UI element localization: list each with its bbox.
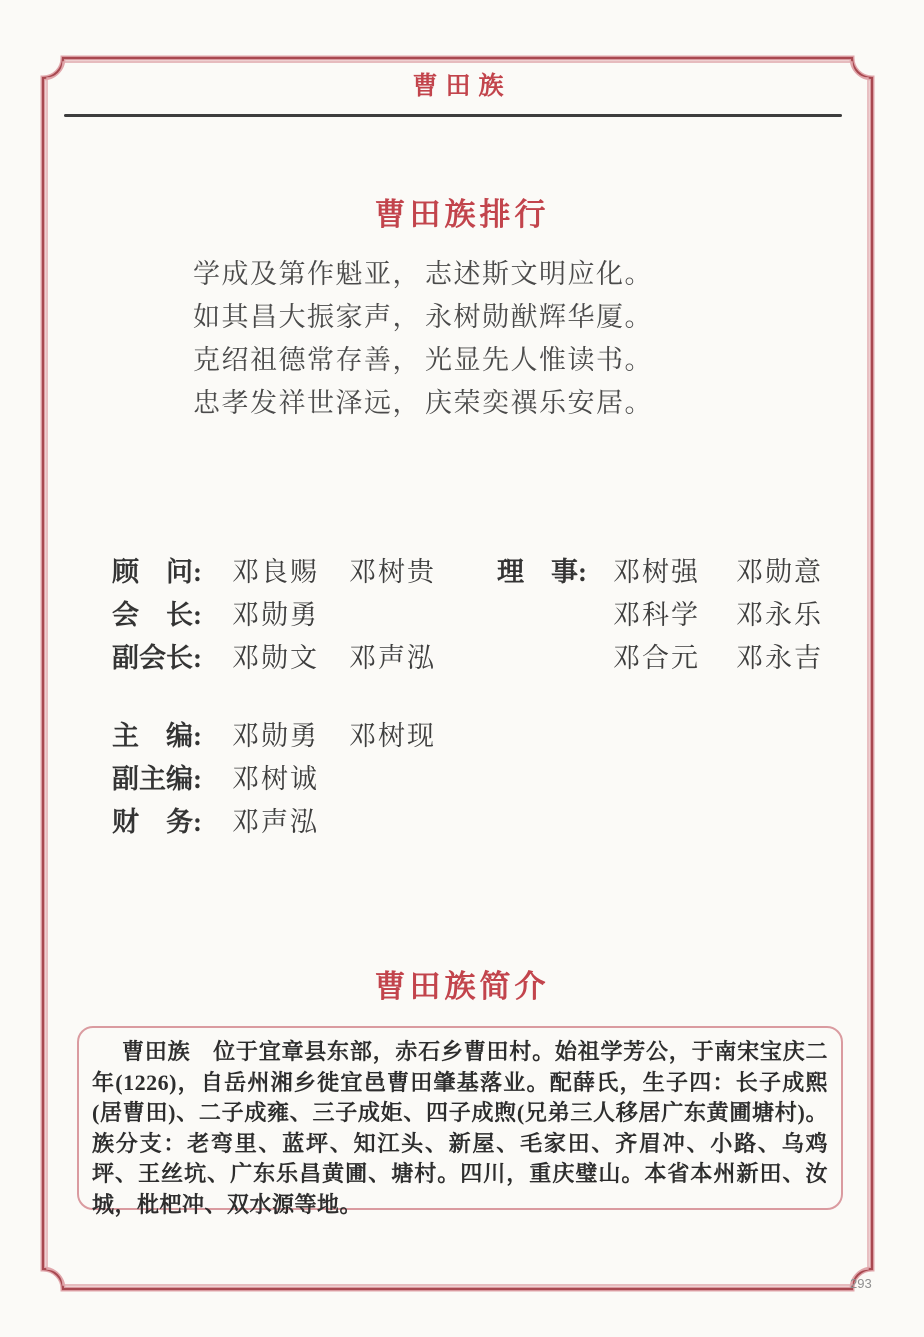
editors-row-treasurer: 财 务: 邓声泓 [112, 800, 349, 839]
poem-left-half: 如其昌大振家声， [193, 295, 425, 334]
person-name: 邓勋意 [736, 550, 823, 589]
editors-row-chief-editor: 主 编: 邓勋勇 邓树现 [112, 714, 466, 753]
committee-row-vice-president: 副会长: 邓勋文 邓声泓 [112, 636, 466, 675]
editors-row-deputy-editor: 副主编: 邓树诚 [112, 757, 349, 796]
poem-line: 忠孝发祥世泽远， 庆荣奕禩乐安居。 [193, 381, 653, 424]
poem-left-half: 学成及第作魁亚， [193, 252, 425, 291]
poem-left-half: 忠孝发祥世泽远， [193, 381, 425, 420]
page-number: 293 [850, 1276, 872, 1291]
person-name: 邓良赐 [232, 550, 319, 589]
poem-line: 学成及第作魁亚， 志述斯文明应化。 [193, 252, 653, 295]
role-label: 主 编: [112, 714, 232, 753]
ranking-section-title: 曹田族排行 [0, 189, 924, 234]
poem-right-half: 光显先人惟读书。 [425, 338, 653, 377]
person-name: 邓勋文 [232, 636, 319, 675]
director-names-row: 邓树强 邓勋意 [613, 550, 859, 589]
poem-right-half: 永树勋猷辉华厦。 [425, 295, 653, 334]
poem-right-half: 庆荣奕禩乐安居。 [425, 381, 653, 420]
person-name: 邓声泓 [232, 800, 319, 839]
person-name: 邓声泓 [349, 636, 436, 675]
intro-paragraph: 曹田族 位于宜章县东部，赤石乡曹田村。始祖学芳公，于南宋宝庆二年(1226)，自… [92, 1037, 828, 1220]
role-label: 顾 问: [112, 550, 232, 589]
person-name: 邓永吉 [736, 636, 823, 675]
intro-section-title: 曹田族简介 [0, 961, 924, 1006]
intro-box: 曹田族 位于宜章县东部，赤石乡曹田村。始祖学芳公，于南宋宝庆二年(1226)，自… [77, 1026, 843, 1210]
generation-poem: 学成及第作魁亚， 志述斯文明应化。 如其昌大振家声， 永树勋猷辉华厦。 克绍祖德… [193, 252, 653, 424]
book-page: 曹田族 曹田族排行 学成及第作魁亚， 志述斯文明应化。 如其昌大振家声， 永树勋… [0, 0, 924, 1337]
poem-left-half: 克绍祖德常存善， [193, 338, 425, 377]
role-label: 财 务: [112, 800, 232, 839]
role-label: 会 长: [112, 593, 232, 632]
person-name: 邓树强 [613, 550, 700, 589]
person-name: 邓树诚 [232, 757, 319, 796]
poem-line: 克绍祖德常存善， 光显先人惟读书。 [193, 338, 653, 381]
role-label: 副会长: [112, 636, 232, 675]
committee-row-president: 会 长: 邓勋勇 [112, 593, 349, 632]
committee-row-advisor: 顾 问: 邓良赐 邓树贵 [112, 550, 466, 589]
role-label: 副主编: [112, 757, 232, 796]
director-names-row: 邓合元 邓永吉 [613, 636, 859, 675]
poem-line: 如其昌大振家声， 永树勋猷辉华厦。 [193, 295, 653, 338]
person-name: 邓科学 [613, 593, 700, 632]
committee-row-director-label: 理 事: [497, 550, 617, 589]
running-head-title: 曹田族 [0, 66, 924, 102]
person-name: 邓勋勇 [232, 593, 319, 632]
director-names-row: 邓科学 邓永乐 [613, 593, 859, 632]
person-name: 邓合元 [613, 636, 700, 675]
person-name: 邓树贵 [349, 550, 436, 589]
role-label: 理 事: [497, 550, 617, 589]
person-name: 邓树现 [349, 714, 436, 753]
person-name: 邓勋勇 [232, 714, 319, 753]
poem-right-half: 志述斯文明应化。 [425, 252, 653, 291]
person-name: 邓永乐 [736, 593, 823, 632]
header-rule [64, 114, 842, 117]
